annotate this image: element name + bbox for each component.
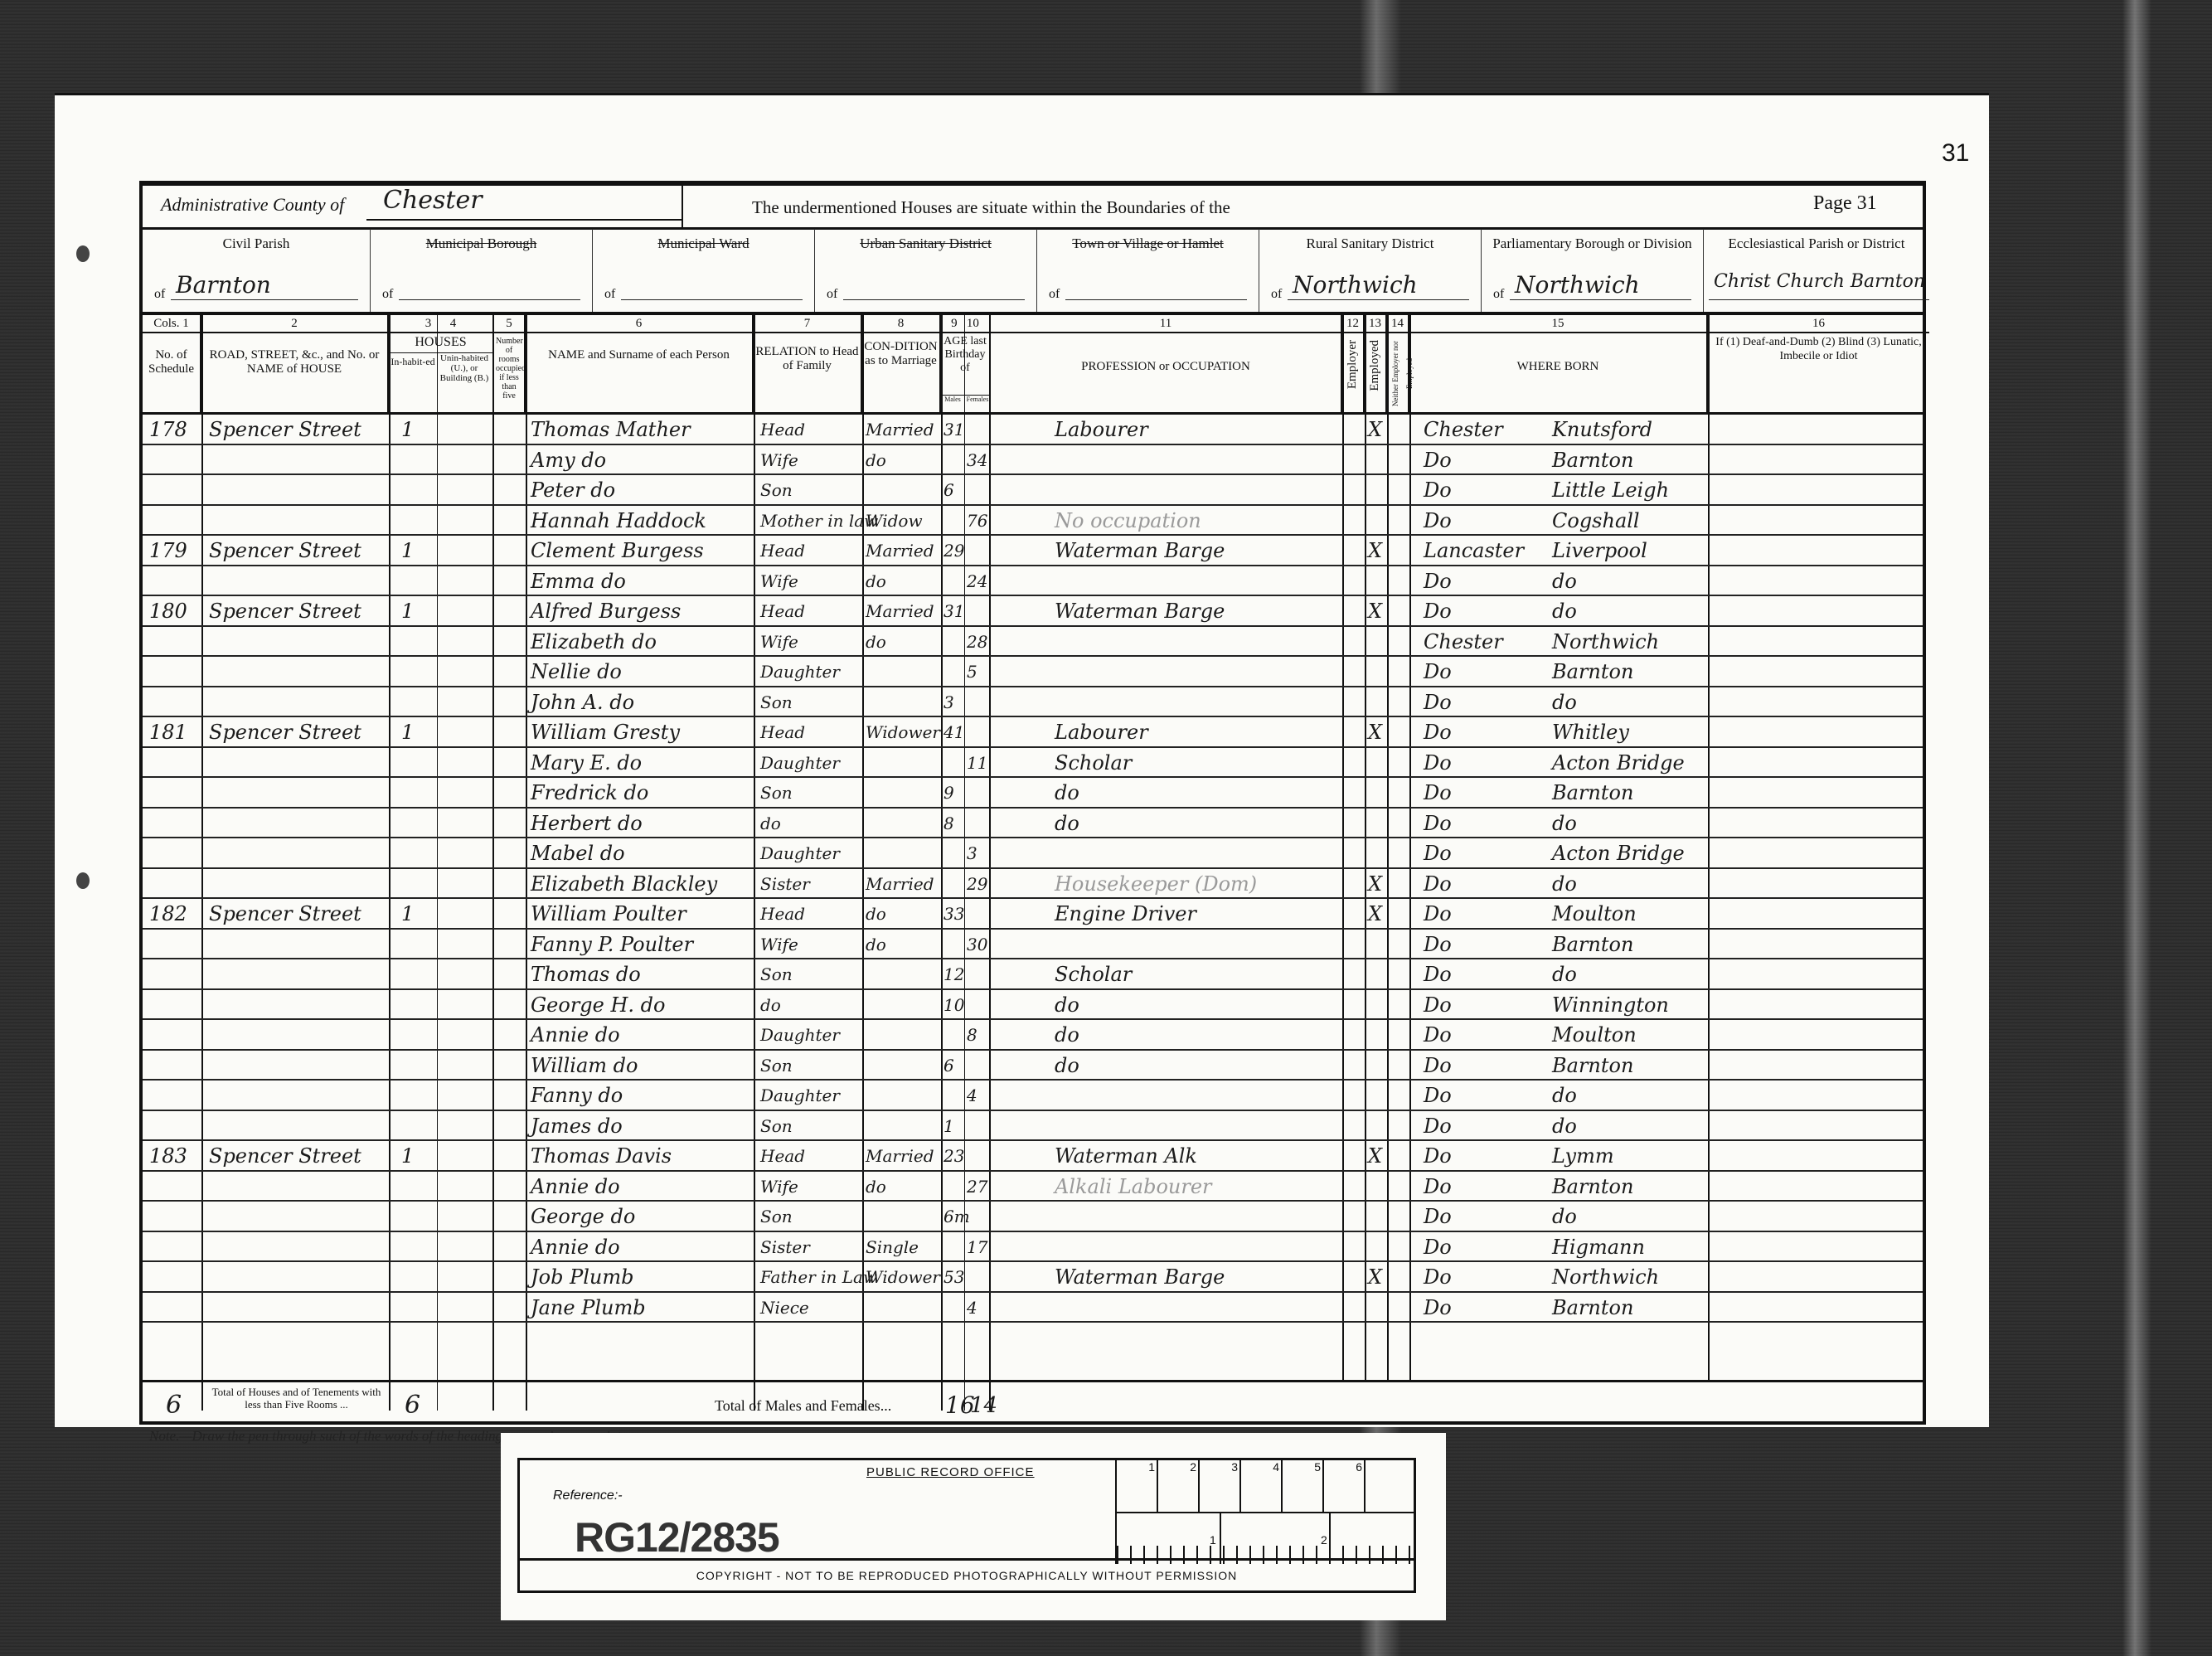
district-value: [843, 271, 1025, 300]
birth-county: Do: [1424, 838, 1452, 869]
table-row: Amy doWifedo34DoBarnton: [143, 445, 1923, 476]
district-value: [1065, 271, 1247, 300]
col-label: Females: [964, 395, 990, 403]
col-name: 6NAME and Surname of each Person: [526, 315, 754, 412]
occupation: do: [1055, 990, 1079, 1021]
schedule-number: 180: [149, 596, 187, 627]
birth-place: Barnton: [1552, 657, 1633, 687]
col-num: 7: [754, 315, 861, 333]
person-name: Herbert do: [531, 809, 643, 839]
birth-place: do: [1552, 959, 1577, 990]
occupation: do: [1055, 1051, 1079, 1081]
district-label: Ecclesiastical Parish or District: [1704, 236, 1929, 252]
table-row: Herbert dodo8doDodo: [143, 809, 1923, 839]
relation: Sister: [760, 1232, 810, 1263]
employed-mark: X: [1368, 415, 1382, 445]
district-label: Municipal Borough: [371, 236, 592, 252]
birth-county: Do: [1424, 445, 1452, 476]
marital-condition: Single: [866, 1232, 919, 1263]
female-age: 11: [967, 748, 987, 779]
col-num: 14: [1387, 315, 1408, 333]
marital-condition: do: [866, 930, 886, 960]
schedule-number: 181: [149, 717, 187, 748]
birth-place: Liverpool: [1552, 536, 1647, 566]
birth-place: do: [1552, 687, 1577, 718]
page-label: Page 31: [1813, 192, 1877, 215]
male-age: 6m: [943, 1202, 970, 1232]
person-name: Clement Burgess: [531, 536, 704, 566]
relation: Son: [760, 475, 793, 506]
occupation: Waterman Barge: [1055, 536, 1225, 566]
table-row: 182Spencer Street1William PoulterHeaddo3…: [143, 899, 1923, 930]
district-label: Urban Sanitary District: [815, 236, 1036, 252]
birth-county: Do: [1424, 1202, 1452, 1232]
district-of: of: [827, 287, 837, 302]
birth-place: do: [1552, 566, 1577, 597]
marital-condition: do: [866, 1172, 886, 1202]
male-age: 3: [943, 687, 954, 718]
occupation: do: [1055, 1020, 1079, 1051]
column-headers: Cols. 1No. of Schedule 2ROAD, STREET, &c…: [143, 315, 1923, 415]
district-municipal-ward: Municipal Ward of: [593, 229, 815, 312]
houses-total-label: Total of Houses and of Tenements with le…: [207, 1386, 386, 1411]
ruler-cm: 1 2 3 4 5 6: [1117, 1460, 1415, 1513]
occupation: Scholar: [1055, 748, 1132, 779]
archive-label-frame: PUBLIC RECORD OFFICE Reference:- RG12/28…: [517, 1458, 1416, 1593]
relation: Son: [760, 1202, 793, 1232]
female-age: 29: [967, 869, 987, 900]
district-value: Northwich: [1288, 271, 1469, 300]
relation: Daughter: [760, 1020, 840, 1051]
ruler-mark: 6: [1324, 1460, 1366, 1512]
copyright-notice: COPYRIGHT - NOT TO BE REPRODUCED PHOTOGR…: [520, 1558, 1414, 1590]
district-value: Barnton: [171, 271, 358, 300]
birth-place: Little Leigh: [1552, 475, 1669, 506]
table-row: Annie doWifedo27Alkali LabourerDoBarnton: [143, 1172, 1923, 1202]
employed-mark: X: [1368, 1262, 1382, 1293]
address: Spencer Street: [209, 717, 361, 748]
district-civil-parish: Civil Parish of Barnton: [143, 229, 371, 312]
birth-county: Do: [1424, 687, 1452, 718]
scale-ruler: 1 2 3 4 5 6 1 2: [1115, 1460, 1415, 1564]
marital-condition: Widower: [866, 1262, 940, 1293]
person-name: Fredrick do: [531, 778, 648, 809]
col-condition: 8CON-DITION as to Marriage: [862, 315, 941, 412]
totals-row: 6 Total of Houses and of Tenements with …: [143, 1380, 1923, 1432]
table-row: Peter doSon6DoLittle Leigh: [143, 475, 1923, 506]
birth-county: Do: [1424, 1232, 1452, 1263]
ruler-mark: 1: [1117, 1460, 1158, 1512]
birth-county: Do: [1424, 930, 1452, 960]
person-name: Alfred Burgess: [531, 596, 681, 627]
relation: Son: [760, 959, 793, 990]
marital-condition: Married: [866, 1141, 934, 1172]
birth-place: do: [1552, 1081, 1577, 1111]
occupation: No occupation: [1055, 506, 1201, 537]
person-name: Annie do: [531, 1020, 620, 1051]
male-age: 53: [943, 1262, 964, 1293]
person-name: Annie do: [531, 1172, 620, 1202]
district-of: of: [382, 287, 393, 302]
person-name: Hannah Haddock: [531, 506, 706, 537]
birth-county: Do: [1424, 506, 1452, 537]
birth-place: Northwich: [1552, 627, 1659, 658]
ruler-divider: [1220, 1512, 1221, 1564]
col-address: 2ROAD, STREET, &c., and No. or NAME of H…: [201, 315, 389, 412]
female-age: 4: [967, 1081, 977, 1111]
district-of: of: [604, 287, 615, 302]
age-group-label: AGE last Birthday of: [941, 335, 989, 375]
relation: Daughter: [760, 838, 840, 869]
inhabited-mark: 1: [401, 415, 414, 445]
col-num: 15: [1409, 315, 1706, 333]
male-age: 6: [943, 475, 954, 506]
table-row: Job PlumbFather in LawWidower53Waterman …: [143, 1262, 1923, 1293]
birth-county: Do: [1424, 1051, 1452, 1081]
table-row: Elizabeth doWifedo28ChesterNorthwich: [143, 627, 1923, 658]
birth-place: Moulton: [1552, 899, 1637, 930]
person-name: Thomas Davis: [531, 1141, 672, 1172]
schedule-number: 179: [149, 536, 187, 566]
relation: Mother in law: [760, 506, 878, 537]
reference-number: RG12/2835: [575, 1513, 779, 1561]
inhabited-total: 6: [405, 1391, 420, 1421]
employed-mark: X: [1368, 1141, 1382, 1172]
table-row: George H. dodo10doDoWinnington: [143, 990, 1923, 1021]
table-row: Emma doWifedo24Dodo: [143, 566, 1923, 597]
person-name: Job Plumb: [531, 1262, 633, 1293]
person-name: Elizabeth Blackley: [531, 869, 717, 900]
col-where-born: 15WHERE BORN: [1409, 315, 1708, 412]
birth-place: Barnton: [1552, 930, 1633, 960]
occupation: Waterman Barge: [1055, 596, 1225, 627]
relation: Head: [760, 717, 805, 748]
female-age: 17: [967, 1232, 987, 1263]
ruler-divider: [1329, 1512, 1331, 1564]
birth-county: Do: [1424, 475, 1452, 506]
birth-county: Do: [1424, 1141, 1452, 1172]
col-infirmity: 16If (1) Deaf-and-Dumb (2) Blind (3) Lun…: [1708, 315, 1929, 412]
occupation: Waterman Barge: [1055, 1262, 1225, 1293]
col-houses: 3 4 HOUSES In-habit-ed Unin-habited (U.)…: [389, 315, 492, 412]
birth-place: Higmann: [1552, 1232, 1645, 1263]
district-label: Municipal Ward: [593, 236, 814, 252]
male-age: 23: [943, 1141, 964, 1172]
relation: Daughter: [760, 1081, 840, 1111]
col-label: NAME and Surname of each Person: [527, 348, 750, 362]
persons-total-label: Total of Males and Females...: [715, 1397, 891, 1415]
table-row: 183Spencer Street1Thomas DavisHeadMarrie…: [143, 1141, 1923, 1172]
boundaries-text: The undermentioned Houses are situate wi…: [752, 197, 1230, 218]
table-row: Elizabeth BlackleySisterMarried29Houseke…: [143, 869, 1923, 900]
table-row: Fredrick doSon9doDoBarnton: [143, 778, 1923, 809]
person-name: Annie do: [531, 1232, 620, 1263]
district-of: of: [1271, 287, 1282, 302]
table-row: 178Spencer Street1Thomas MatherHeadMarri…: [143, 415, 1923, 445]
table-row: James doSon1Dodo: [143, 1111, 1923, 1142]
female-age: 28: [967, 627, 987, 658]
inhabited-mark: 1: [401, 596, 414, 627]
table-row: William doSon6doDoBarnton: [143, 1051, 1923, 1081]
relation: do: [760, 809, 781, 839]
col-label: ROAD, STREET, &c., and No. or NAME of HO…: [203, 348, 386, 376]
col-rooms: 5Number of rooms occupied if less than f…: [492, 315, 526, 412]
birth-place: Barnton: [1552, 1051, 1633, 1081]
census-form: Administrative County of Chester The und…: [139, 181, 1926, 1425]
marital-condition: Married: [866, 596, 934, 627]
male-age: 10: [943, 990, 964, 1021]
relation: Father in Law: [760, 1262, 877, 1293]
table-row: Thomas doSon12ScholarDodo: [143, 959, 1923, 990]
relation: Wife: [760, 566, 798, 597]
person-name: Peter do: [531, 475, 615, 506]
col-num: 5: [494, 315, 524, 333]
birth-place: Winnington: [1552, 990, 1669, 1021]
table-row: 179Spencer Street1Clement BurgessHeadMar…: [143, 536, 1923, 566]
table-row: Jane PlumbNiece4DoBarnton: [143, 1293, 1923, 1323]
person-name: Amy do: [531, 445, 606, 476]
female-age: 24: [967, 566, 987, 597]
birth-county: Chester: [1424, 627, 1503, 658]
male-age: 31: [943, 415, 964, 445]
person-name: Elizabeth do: [531, 627, 657, 658]
birth-county: Do: [1424, 778, 1452, 809]
birth-county: Do: [1424, 748, 1452, 779]
table-row: John A. doSon3Dodo: [143, 687, 1923, 718]
district-parliamentary: Parliamentary Borough or Division of Nor…: [1482, 229, 1704, 312]
female-age: 3: [967, 838, 977, 869]
relation: Son: [760, 778, 793, 809]
admin-county-label: Administrative County of: [161, 194, 344, 216]
birth-place: Moulton: [1552, 1020, 1637, 1051]
birth-place: Northwich: [1552, 1262, 1659, 1293]
table-row: Mary E. doDaughter11ScholarDoActon Bridg…: [143, 748, 1923, 779]
col-num: 12: [1342, 315, 1363, 333]
district-value: [399, 271, 580, 300]
male-age: 12: [943, 959, 964, 990]
birth-place: Barnton: [1552, 1293, 1633, 1323]
col-num: 16: [1708, 315, 1929, 333]
address: Spencer Street: [209, 415, 361, 445]
birth-county: Do: [1424, 566, 1452, 597]
inhabited-mark: 1: [401, 1141, 414, 1172]
district-rural-sanitary: Rural Sanitary District of Northwich: [1259, 229, 1482, 312]
district-municipal-borough: Municipal Borough of: [371, 229, 593, 312]
occupation: Engine Driver: [1055, 899, 1196, 930]
relation: Wife: [760, 627, 798, 658]
admin-county-value: Chester: [366, 186, 682, 221]
relation: Son: [760, 1051, 793, 1081]
relation: do: [760, 990, 781, 1021]
relation: Head: [760, 596, 805, 627]
occupation: do: [1055, 809, 1079, 839]
birth-place: Barnton: [1552, 778, 1633, 809]
punch-hole: [76, 245, 90, 262]
col-label: RELATION to Head of Family: [755, 345, 859, 373]
birth-place: Barnton: [1552, 1172, 1633, 1202]
col-label: If (1) Deaf-and-Dumb (2) Blind (3) Lunat…: [1710, 335, 1928, 363]
address: Spencer Street: [209, 899, 361, 930]
birth-county: Do: [1424, 899, 1452, 930]
district-label: Rural Sanitary District: [1259, 236, 1481, 252]
birth-place: Whitley: [1552, 717, 1629, 748]
marital-condition: Widower: [866, 717, 940, 748]
birth-county: Do: [1424, 990, 1452, 1021]
birth-place: Knutsford: [1552, 415, 1652, 445]
person-name: Jane Plumb: [531, 1293, 646, 1323]
birth-county: Do: [1424, 1172, 1452, 1202]
houses-group-label: HOUSES: [389, 335, 492, 353]
table-row: Fanny P. PoulterWifedo30DoBarnton: [143, 930, 1923, 960]
table-row: Hannah HaddockMother in lawWidow76No occ…: [143, 506, 1923, 537]
relation: Head: [760, 1141, 805, 1172]
employed-mark: X: [1368, 536, 1382, 566]
person-name: Fanny P. Poulter: [531, 930, 693, 960]
birth-county: Lancaster: [1424, 536, 1524, 566]
employed-mark: X: [1368, 596, 1382, 627]
district-value: Northwich: [1510, 271, 1691, 300]
col-label: PROFESSION or OCCUPATION: [992, 360, 1339, 374]
district-label: Civil Parish: [143, 236, 370, 252]
col-label: Employed: [1368, 340, 1384, 391]
females-total: 14: [970, 1391, 997, 1421]
col-label: Employer: [1346, 340, 1361, 389]
male-age: 8: [943, 809, 954, 839]
col-occupation: 11PROFESSION or OCCUPATION: [989, 315, 1342, 412]
person-name: George H. do: [531, 990, 666, 1021]
ruler-mark: 4: [1241, 1460, 1283, 1512]
marital-condition: do: [866, 566, 886, 597]
birth-county: Do: [1424, 596, 1452, 627]
male-age: 33: [943, 899, 964, 930]
col-label: Number of rooms occupied if less than fi…: [496, 337, 522, 401]
table-row: George doSon6mDodo: [143, 1202, 1923, 1232]
relation: Daughter: [760, 748, 840, 779]
table-row: Annie doDaughter8doDoMoulton: [143, 1020, 1923, 1051]
female-age: 8: [967, 1020, 977, 1051]
occupation: Labourer: [1055, 415, 1148, 445]
person-name: James do: [531, 1111, 623, 1142]
female-age: 30: [967, 930, 987, 960]
person-name: Mary E. do: [531, 748, 642, 779]
archive-label: PUBLIC RECORD OFFICE Reference:- RG12/28…: [501, 1433, 1446, 1620]
female-age: 4: [967, 1293, 977, 1323]
col-num: 2: [201, 315, 387, 333]
table-row: Nellie doDaughter5DoBarnton: [143, 657, 1923, 687]
district-label: Town or Village or Hamlet: [1037, 236, 1259, 252]
ruler-mark: 2: [1321, 1533, 1327, 1547]
district-label: Parliamentary Borough or Division: [1482, 236, 1703, 252]
birth-place: do: [1552, 596, 1577, 627]
occupation: Waterman Alk: [1055, 1141, 1197, 1172]
schedule-number: 183: [149, 1141, 187, 1172]
person-name: George do: [531, 1202, 635, 1232]
birth-county: Do: [1424, 1020, 1452, 1051]
district-of: of: [1493, 287, 1504, 302]
birth-place: Cogshall: [1552, 506, 1640, 537]
col-employer: 12Employer: [1342, 315, 1365, 412]
occupation: Scholar: [1055, 959, 1132, 990]
person-name: William Gresty: [531, 717, 680, 748]
address: Spencer Street: [209, 536, 361, 566]
col-schedule: Cols. 1No. of Schedule: [143, 315, 201, 412]
female-age: 5: [967, 657, 977, 687]
employed-mark: X: [1368, 869, 1382, 900]
employed-mark: X: [1368, 899, 1382, 930]
birth-county: Do: [1424, 809, 1452, 839]
marital-condition: do: [866, 445, 886, 476]
birth-county: Do: [1424, 1111, 1452, 1142]
inhabited-mark: 1: [401, 717, 414, 748]
relation: Son: [760, 687, 793, 718]
person-name: William Poulter: [531, 899, 686, 930]
ruler-mark: 2: [1158, 1460, 1200, 1512]
punch-hole: [76, 872, 90, 889]
ruler-mark: 3: [1200, 1460, 1241, 1512]
relation: Wife: [760, 930, 798, 960]
table-row: Mabel doDaughter3DoActon Bridge: [143, 838, 1923, 869]
relation: Wife: [760, 1172, 798, 1202]
table-row: Annie doSisterSingle17DoHigmann: [143, 1232, 1923, 1263]
male-age: 9: [943, 778, 954, 809]
birth-place: Acton Bridge: [1552, 748, 1685, 779]
district-value: [621, 271, 803, 300]
birth-place: Barnton: [1552, 445, 1633, 476]
male-age: 6: [943, 1051, 954, 1081]
occupation: Labourer: [1055, 717, 1148, 748]
person-name: Mabel do: [531, 838, 625, 869]
district-town-village: Town or Village or Hamlet of: [1037, 229, 1259, 312]
female-age: 27: [967, 1172, 987, 1202]
birth-place: Acton Bridge: [1552, 838, 1685, 869]
col-num: 3 4: [389, 315, 492, 333]
district-of: of: [154, 287, 165, 302]
relation: Head: [760, 536, 805, 566]
female-age: 76: [967, 506, 987, 537]
col-label: CON-DITION as to Marriage: [864, 340, 938, 368]
birth-place: do: [1552, 809, 1577, 839]
table-row: 180Spencer Street1Alfred BurgessHeadMarr…: [143, 596, 1923, 627]
relation: Sister: [760, 869, 810, 900]
col-label: No. of Schedule: [144, 348, 198, 376]
relation: Niece: [760, 1293, 809, 1323]
marital-condition: Widow: [866, 506, 923, 537]
col-label: In-habit-ed: [389, 357, 437, 367]
table-row: Fanny doDaughter4Dodo: [143, 1081, 1923, 1111]
employed-mark: X: [1368, 717, 1382, 748]
marital-condition: Married: [866, 869, 934, 900]
birth-county: Do: [1424, 1293, 1452, 1323]
table-row: 181Spencer Street1William GrestyHeadWido…: [143, 717, 1923, 748]
relation: Wife: [760, 445, 798, 476]
address: Spencer Street: [209, 596, 361, 627]
birth-place: Lymm: [1552, 1141, 1614, 1172]
birth-county: Do: [1424, 657, 1452, 687]
relation: Head: [760, 899, 805, 930]
side-page-number: 31: [1942, 139, 1969, 168]
person-name: Thomas Mather: [531, 415, 691, 445]
birth-place: do: [1552, 1111, 1577, 1142]
district-ecclesiastical: Ecclesiastical Parish or District Christ…: [1704, 229, 1929, 312]
col-label: Neither Employer nor Employed: [1389, 335, 1406, 412]
col-num: 8: [862, 315, 939, 333]
birth-place: do: [1552, 1202, 1577, 1232]
schedule-number: 178: [149, 415, 187, 445]
relation: Head: [760, 415, 805, 445]
col-num: 6: [526, 315, 752, 333]
birth-county: Chester: [1424, 415, 1503, 445]
birth-county: Do: [1424, 717, 1452, 748]
